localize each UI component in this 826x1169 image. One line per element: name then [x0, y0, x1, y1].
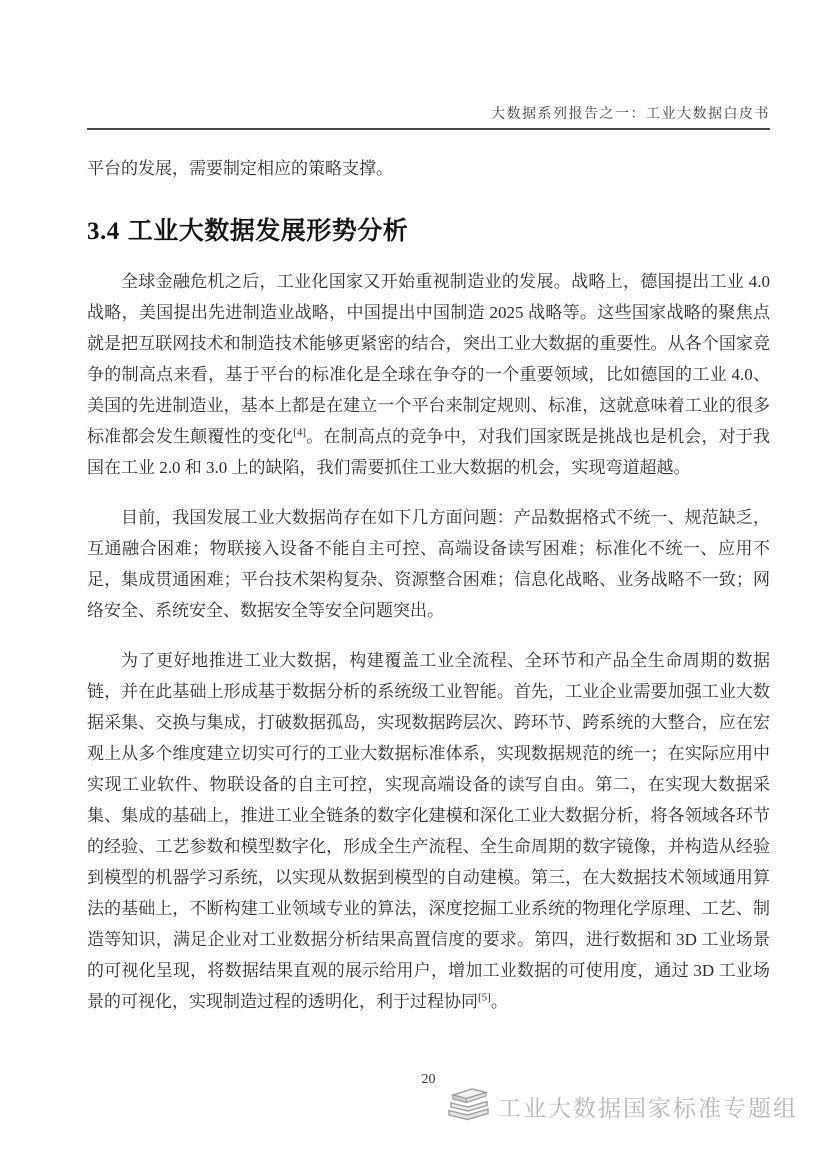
body-paragraph: 目前，我国发展工业大数据尚存在如下几方面问题：产品数据格式不统一、规范缺乏，互通… [87, 502, 770, 626]
body-paragraph: 为了更好地推进工业大数据，构建覆盖工业全流程、全环节和产品全生命周期的数据链，并… [87, 645, 770, 1017]
continuation-paragraph: 平台的发展，需要制定相应的策略支撑。 [87, 153, 770, 184]
footer-logo: 工业大数据国家标准专题组 [445, 1086, 798, 1126]
paragraph-text: 目前，我国发展工业大数据尚存在如下几方面问题：产品数据格式不统一、规范缺乏，互通… [87, 508, 770, 620]
running-title: 大数据系列报告之一：工业大数据白皮书 [87, 0, 770, 123]
books-stack-icon [445, 1086, 489, 1126]
page-content: 平台的发展，需要制定相应的策略支撑。 3.4工业大数据发展形势分析 全球金融危机… [87, 130, 770, 1017]
paragraph-text: 为了更好地推进工业大数据，构建覆盖工业全流程、全环节和产品全生命周期的数据链，并… [87, 651, 770, 1011]
citation-reference: [4] [293, 426, 306, 438]
body-paragraphs: 全球金融危机之后，工业化国家又开始重视制造业的发展。战略上，德国提出工业 4.0… [87, 266, 770, 1017]
footer-logo-text: 工业大数据国家标准专题组 [498, 1090, 798, 1123]
paragraph-text: 全球金融危机之后，工业化国家又开始重视制造业的发展。战略上，德国提出工业 4.0… [87, 272, 770, 446]
citation-reference: [5] [478, 991, 491, 1003]
section-heading: 3.4工业大数据发展形势分析 [87, 211, 770, 247]
page-header: 大数据系列报告之一：工业大数据白皮书 [87, 0, 770, 130]
document-page: 大数据系列报告之一：工业大数据白皮书 平台的发展，需要制定相应的策略支撑。 3.… [0, 0, 826, 1169]
section-number: 3.4 [87, 218, 120, 245]
paragraph-text: 。 [491, 992, 508, 1011]
body-paragraph: 全球金融危机之后，工业化国家又开始重视制造业的发展。战略上，德国提出工业 4.0… [87, 266, 770, 483]
section-title: 工业大数据发展形势分析 [128, 217, 409, 245]
